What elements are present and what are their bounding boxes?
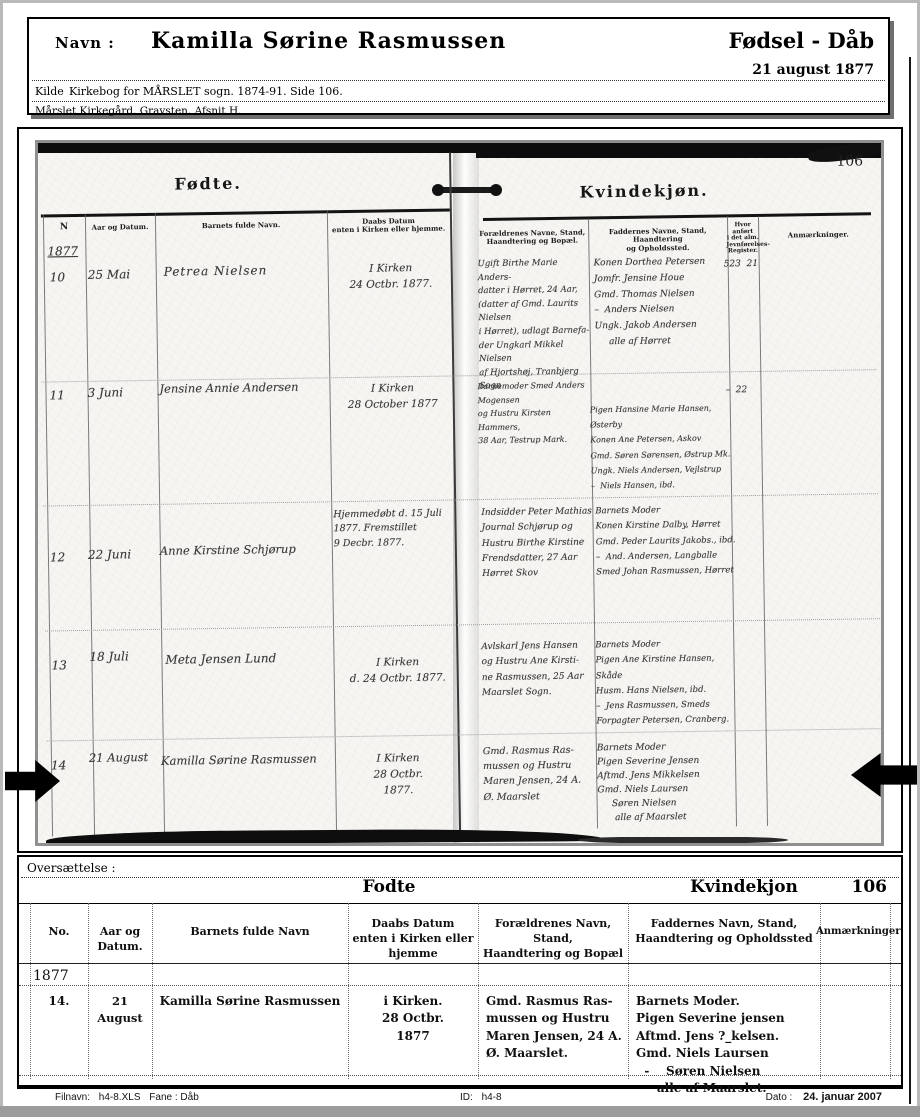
- th-date: Aar og Datum.: [88, 925, 152, 955]
- row-no: 12: [50, 548, 66, 566]
- report-page: Navn : Kamilla Sørine Rasmussen Fødsel -…: [0, 0, 920, 1117]
- id-label: ID:: [460, 1092, 473, 1103]
- cell-name: Kamilla Sørine Rasmussen: [152, 993, 348, 1010]
- colhead-baptism: Daabs Datum enten i Kirken eller hjemme.: [327, 216, 450, 235]
- scan-title-kvindekjon: Kvindekjøn.: [579, 181, 708, 202]
- scan-rule: [483, 212, 871, 220]
- th-baptism: Daabs Datum enten i Kirken eller hjemme: [348, 917, 478, 962]
- scan-title-fodte: Fødte.: [174, 174, 242, 194]
- filename-label: Filnavn:: [55, 1092, 90, 1103]
- scan-panel: 106 Fødte. Kvindekjøn. N Aar og Datum.: [17, 127, 903, 853]
- table-rule-dotted: [19, 985, 901, 986]
- row-no: 14: [51, 756, 67, 774]
- dotted-divider: [32, 80, 885, 81]
- th-remarks: Anmærkninger: [816, 925, 894, 939]
- row-date: 18 Juli: [89, 647, 129, 666]
- colhead-parents: Forældrenes Navne, Stand, Haandtering og…: [476, 228, 588, 246]
- row-baptism: Hjemmedøbt d. 15 Juli 1877. Fremstillet …: [333, 506, 458, 551]
- row-baptism: I Kirken 24 Octbr. 1877.: [332, 261, 450, 294]
- row-parents: Ugift Birthe Marie Anders- datter i Hørr…: [478, 256, 592, 394]
- source-label: Kilde: [35, 85, 64, 98]
- band-title-kvindekjon: Kvindekjon: [629, 877, 859, 897]
- row-name: Kamilla Sørine Rasmussen: [161, 750, 341, 770]
- row-godparents: Barnets Moder Pigen Severine Jensen Aftm…: [597, 740, 748, 826]
- cell-date: 21 August: [88, 993, 152, 1026]
- date-label: Dato :: [766, 1092, 793, 1103]
- bottom-frame-bar: [0, 1106, 920, 1117]
- event-date: 21 august 1877: [752, 62, 874, 78]
- row-no: 13: [51, 656, 67, 674]
- row-baptism: I Kirken 28 October 1877: [333, 380, 451, 413]
- row-baptism: I Kirken d. 24 Octbr. 1877.: [337, 654, 457, 687]
- header-panel: Navn : Kamilla Sørine Rasmussen Fødsel -…: [27, 17, 890, 115]
- table-rule: [19, 963, 901, 964]
- filename-value: h4-8.XLS: [99, 1092, 141, 1103]
- cell-parents: Gmd. Rasmus Ras- mussen og Hustru Maren …: [486, 993, 626, 1063]
- colhead-name: Barnets fulde Navn.: [155, 220, 327, 231]
- name-label: Navn :: [55, 34, 115, 52]
- row-name: Jensine Annie Andersen: [159, 379, 298, 398]
- row-godparents: Pigen Hansine Marie Hansen, Østerby Kone…: [590, 400, 733, 493]
- translation-label: Oversættelse :: [27, 861, 116, 875]
- row-date: 3 Juni: [87, 383, 123, 402]
- row-no: 10: [50, 268, 66, 286]
- cell-baptism: i Kirken. 28 Octbr. 1877: [348, 993, 478, 1045]
- sheet-label: Fane : Dåb: [149, 1092, 198, 1103]
- colhead-no: N: [45, 222, 83, 233]
- translation-panel: Oversættelse : Fodte Kvindekjon 106 No. …: [17, 855, 903, 1089]
- row-date: 22 Juni: [88, 545, 131, 564]
- row-register: 523 21: [724, 258, 766, 272]
- year-row: 1877: [33, 966, 69, 986]
- cell-no: 14.: [30, 993, 88, 1010]
- scan-edge-bottom: [578, 837, 788, 843]
- row-name: Anne Kirstine Schjørup: [160, 541, 296, 560]
- column-line: [758, 216, 768, 826]
- grave-note: Mårslet Kirkegård. Gravsten. Afsnit H.: [35, 105, 241, 117]
- column-line: [43, 215, 53, 837]
- row-baptism: I Kirken 28 Octbr. 1877.: [343, 751, 454, 800]
- status-bar: Filnavn: h4-8.XLS Fane : Dåb ID: h4-8 Da…: [0, 1090, 920, 1106]
- row-separator: [47, 728, 882, 741]
- row-godparents: Barnets Moder Pigen Ane Kirstine Hansen,…: [595, 636, 738, 730]
- row-separator: [43, 493, 878, 506]
- register-scan-image: 106 Fødte. Kvindekjøn. N Aar og Datum.: [35, 140, 884, 846]
- row-date: 25 Mai: [88, 265, 131, 284]
- th-name: Barnets fulde Navn: [152, 925, 348, 940]
- band-page-number: 106: [852, 877, 888, 897]
- colhead-godparents: Faddernes Navne, Stand, Haandtering og O…: [588, 226, 727, 253]
- row-name: Petrea Nielsen: [164, 261, 268, 281]
- row-date: 21 August: [89, 749, 149, 767]
- dotted-divider: [32, 101, 885, 102]
- scan-content: 106 Fødte. Kvindekjøn. N Aar og Datum.: [35, 140, 884, 846]
- cell-godparents: Barnets Moder. Pigen Severine jensen Aft…: [636, 993, 818, 1097]
- event-title: Fødsel - Dåb: [729, 28, 874, 53]
- th-godparents: Faddernes Navn, Stand, Haandtering og Op…: [628, 917, 820, 947]
- band-title-fodte: Fodte: [249, 877, 529, 897]
- row-parents: Gmd. Rasmus Ras- mussen og Hustru Maren …: [483, 742, 598, 804]
- table-rule-dotted: [19, 1075, 901, 1076]
- row-godparents: Konen Dorthea Petersen Jomfr. Jensine Ho…: [594, 254, 729, 350]
- row-register: – 22: [725, 384, 767, 398]
- row-parents: Avlskarl Jens Hansen og Hustru Ane Kirst…: [481, 638, 596, 701]
- colhead-date: Aar og Datum.: [85, 223, 155, 232]
- colhead-register: Hvor anført i det alm. Jevnførelses- Reg…: [726, 222, 759, 255]
- th-no: No.: [30, 925, 88, 940]
- page-shadow: [909, 57, 911, 1104]
- row-no: 11: [49, 386, 65, 404]
- column-line: [85, 214, 95, 836]
- row-parents: Indsidder Peter Mathias Journal Schjørup…: [481, 504, 594, 582]
- column-line: [155, 213, 165, 835]
- person-name: Kamilla Sørine Rasmussen: [151, 28, 506, 54]
- colhead-remarks: Anmærkninger.: [762, 230, 874, 240]
- row-name: Meta Jensen Lund: [165, 649, 276, 669]
- scan-year: 1877: [47, 242, 78, 260]
- row-parents: Barnemoder Smed Anders Mogensen og Hustr…: [477, 378, 592, 448]
- th-parents: Forældrenes Navn, Stand, Haandtering og …: [478, 917, 628, 962]
- scan-page-number: 106: [836, 153, 863, 169]
- row-godparents: Barnets Moder Konen Kirstine Dalby, Hørr…: [595, 502, 736, 581]
- page-edge-line: [449, 152, 461, 832]
- source-text: Kirkebog for MÅRSLET sogn. 1874-91. Side…: [69, 85, 343, 98]
- id-value: h4-8: [482, 1092, 502, 1103]
- date-value: 24. januar 2007: [803, 1091, 882, 1103]
- row-separator: [45, 618, 880, 631]
